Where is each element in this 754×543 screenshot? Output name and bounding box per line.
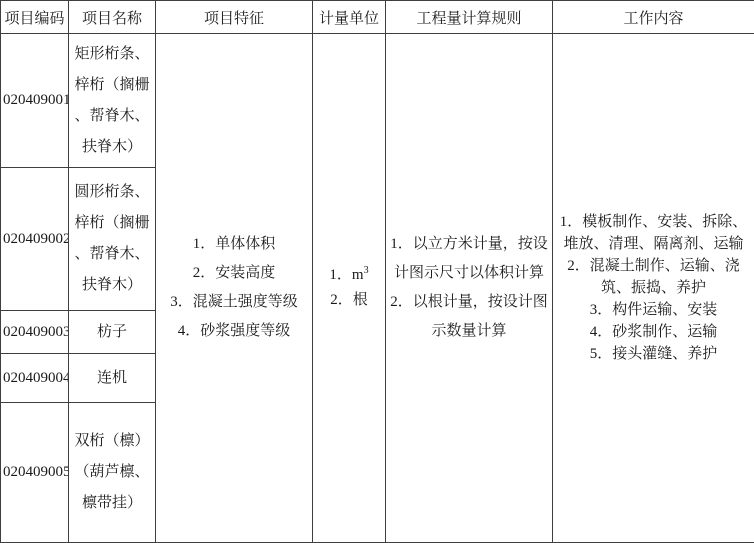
name-cell: 枋子 [69,311,156,354]
text-line: 矩形桁条、 [71,39,153,70]
text-line: 2．根 [315,288,383,313]
text-line: 檩带挂） [71,488,153,519]
text-line: 枋子 [71,317,153,348]
header-cell-features: 项目特征 [156,1,313,34]
text-line: 2．安装高度 [158,259,310,288]
text-line: （葫芦檩、 [71,457,153,488]
text-line: 连机 [71,363,153,394]
code-cell: 020409001 [1,34,69,168]
text-line: 3．构件运输、安装 [555,299,752,321]
text-line: 1．m3 [315,263,383,288]
text-line: 2．混凝土制作、运输、浇 [555,255,752,277]
code-cell: 020409003 [1,311,69,354]
features-cell: 1．单体体积2．安装高度3．混凝土强度等级4．砂浆强度等级 [156,34,313,543]
text-line: 1．模板制作、安装、拆除、 [555,211,752,233]
name-cell: 双桁（檩）（葫芦檩、檩带挂） [69,403,156,543]
code-cell: 020409002 [1,168,69,311]
name-cell: 圆形桁条、梓桁（搁栅、帮脊木、扶脊木） [69,168,156,311]
text-line: 计图示尺寸以体积计算 [388,259,550,288]
text-line: 堆放、清理、隔离剂、运输 [555,233,752,255]
header-row: 项目编码 项目名称 项目特征 计量单位 工程量计算规则 工作内容 [1,1,754,34]
text-line: 5．接头灌缝、养护 [555,343,752,365]
text-line: 、帮脊木、 [71,101,153,132]
text-line: 4．砂浆强度等级 [158,317,310,346]
text-line: 3．混凝土强度等级 [158,288,310,317]
text-line: 筑、振捣、养护 [555,277,752,299]
table-row: 020409001 矩形桁条、梓桁（搁栅、帮脊木、扶脊木） 1．单体体积2．安装… [1,34,754,168]
unit-cell: 1．m32．根 [313,34,386,543]
superscript: 3 [364,265,369,276]
code-cell: 020409005 [1,403,69,543]
text-line: 示数量计算 [388,317,550,346]
text-line: 梓桁（搁栅 [71,208,153,239]
header-cell-work: 工作内容 [553,1,754,34]
name-cell: 矩形桁条、梓桁（搁栅、帮脊木、扶脊木） [69,34,156,168]
spec-table: 项目编码 项目名称 项目特征 计量单位 工程量计算规则 工作内容 0204090… [0,0,754,543]
text-line: 圆形桁条、 [71,177,153,208]
text-line: 1．以立方米计量，按设 [388,230,550,259]
header-cell-code: 项目编码 [1,1,69,34]
text-line: 2．以根计量，按设计图 [388,288,550,317]
header-cell-unit: 计量单位 [313,1,386,34]
rules-cell: 1．以立方米计量，按设计图示尺寸以体积计算2．以根计量，按设计图示数量计算 [386,34,553,543]
header-cell-name: 项目名称 [69,1,156,34]
code-cell: 020409004 [1,354,69,403]
text-line: 梓桁（搁栅 [71,70,153,101]
text-line: 扶脊木） [71,270,153,301]
text-line: 扶脊木） [71,132,153,163]
work-cell: 1．模板制作、安装、拆除、堆放、清理、隔离剂、运输2．混凝土制作、运输、浇筑、振… [553,34,754,543]
name-cell: 连机 [69,354,156,403]
text-line: 1．单体体积 [158,230,310,259]
text-line: 、帮脊木、 [71,239,153,270]
header-cell-rules: 工程量计算规则 [386,1,553,34]
text-line: 双桁（檩） [71,426,153,457]
text-line: 4．砂浆制作、运输 [555,321,752,343]
